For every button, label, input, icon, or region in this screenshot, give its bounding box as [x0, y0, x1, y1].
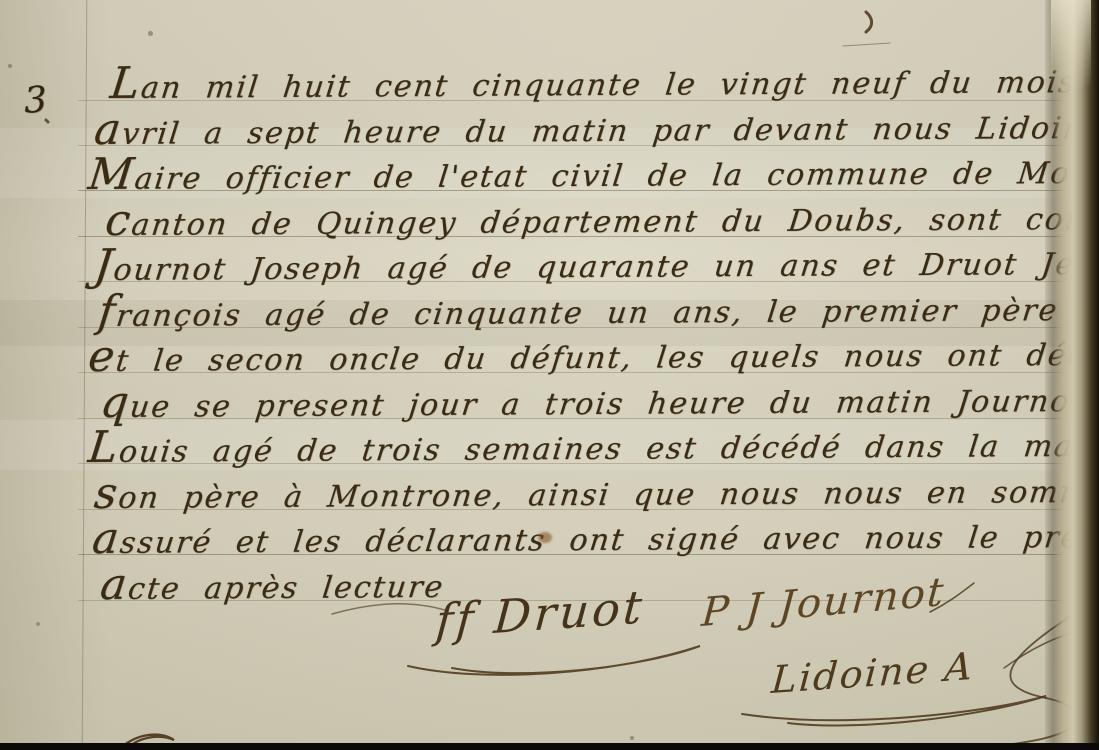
signature-lidoine: Lidoine A	[770, 644, 976, 702]
binding-edge-highlight	[1051, 0, 1091, 90]
stray-ink-mark	[866, 12, 872, 32]
faint-pencil-line	[843, 43, 890, 46]
register-page-scan: 3 Lan mil huit cent cinquante le vingt n…	[0, 0, 1099, 750]
record-text-line: avril a sept heure du matin par devant n…	[92, 105, 1099, 153]
record-text-line: que se present jour a trois heure du mat…	[98, 379, 1073, 426]
record-text-line: acte après lecture	[98, 565, 447, 608]
paper-speck	[630, 736, 634, 740]
record-text-line: canton de Quingey département du Doubs, …	[103, 197, 1099, 244]
scanner-bar	[0, 743, 1099, 750]
record-text-line: son père à Montrone, ainsi que nous nous…	[92, 470, 1099, 517]
record-text-line: Louis agé de trois semaines est décédé d…	[86, 424, 1099, 471]
record-text-line: Journot Joseph agé de quarante un ans et…	[92, 242, 1099, 289]
record-text-line: assuré et les déclarants ont signé avec …	[90, 515, 1099, 562]
record-text-line: et le secon oncle du défunt, les quels n…	[86, 333, 1099, 380]
paper-speck	[148, 31, 153, 36]
paper-speck	[36, 622, 40, 626]
record-text-line: Maire officier de l'etat civil de la com…	[86, 151, 1099, 198]
signature-druot: ff Druot	[434, 580, 647, 648]
margin-entry-number: 3	[23, 79, 48, 121]
record-text-line: françois agé de cinquante un ans, le pre…	[96, 288, 1061, 335]
binding-edge	[1045, 0, 1099, 750]
paper-speck	[8, 64, 12, 68]
druot-underline-flourish	[408, 646, 700, 675]
signature-journot: P J Journot	[700, 569, 947, 636]
record-text-line: Lan mil huit cent cinquante le vingt neu…	[108, 60, 1099, 107]
